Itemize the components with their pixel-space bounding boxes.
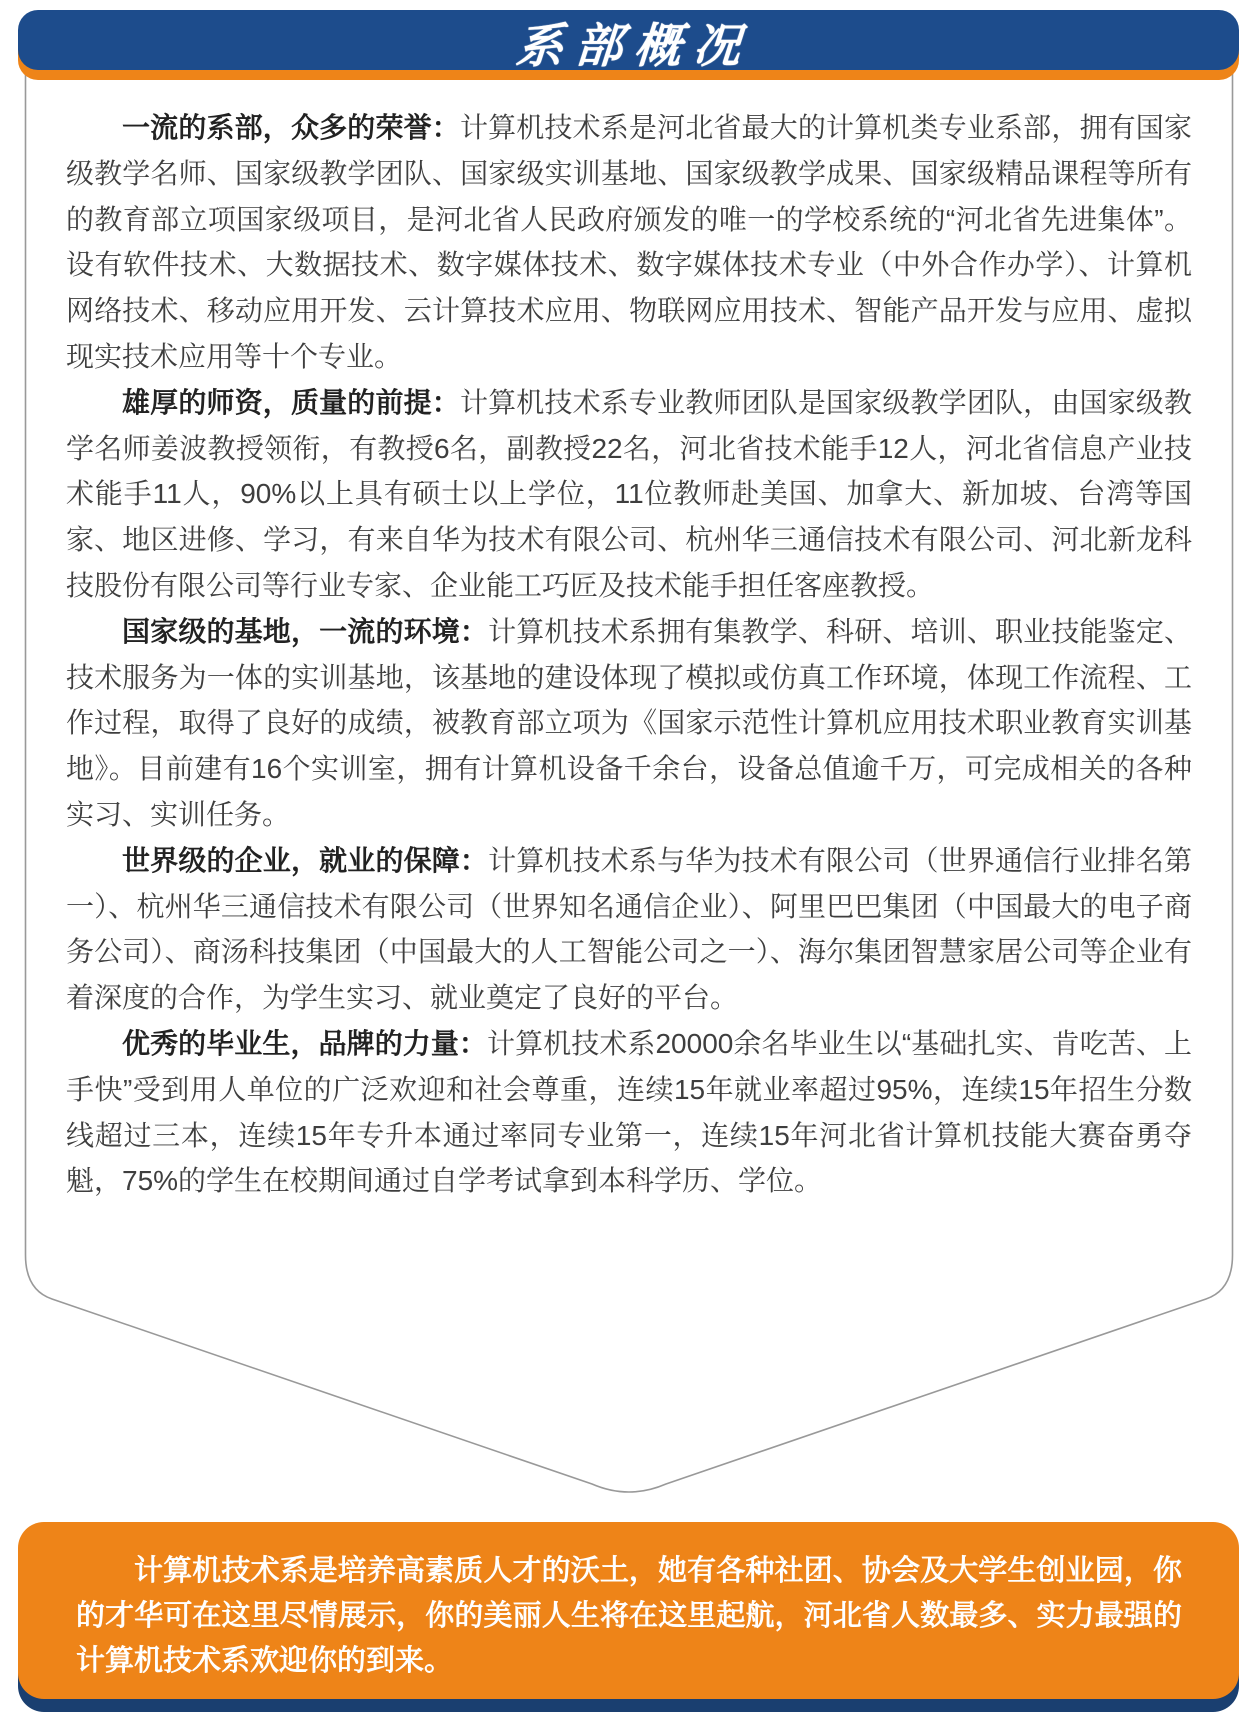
content-panel: 一流的系部，众多的荣誉：计算机技术系是河北省最大的计算机类专业系部，拥有国家级教… bbox=[66, 105, 1192, 1204]
paragraph-lead: 雄厚的师资，质量的前提： bbox=[122, 387, 460, 418]
paragraph-body: 计算机技术系专业教师团队是国家级教学团队，由国家级教学名师姜波教授领衔，有教授6… bbox=[66, 387, 1192, 601]
footer-welcome-text: 计算机技术系是培养高素质人才的沃土，她有各种社团、协会及大学生创业园，你的才华可… bbox=[76, 1549, 1182, 1684]
paragraph-honors: 一流的系部，众多的荣誉：计算机技术系是河北省最大的计算机类专业系部，拥有国家级教… bbox=[66, 105, 1192, 380]
paragraph-facilities: 国家级的基地，一流的环境：计算机技术系拥有集教学、科研、培训、职业技能鉴定、技术… bbox=[66, 609, 1192, 838]
paragraph-enterprises: 世界级的企业，就业的保障：计算机技术系与华为技术有限公司（世界通信行业排名第一）… bbox=[66, 838, 1192, 1021]
paragraph-body: 计算机技术系是河北省最大的计算机类专业系部，拥有国家级教学名师、国家级教学团队、… bbox=[66, 112, 1192, 372]
paragraph-graduates: 优秀的毕业生，品牌的力量：计算机技术系20000余名毕业生以“基础扎实、肯吃苦、… bbox=[66, 1021, 1192, 1204]
paragraph-lead: 国家级的基地，一流的环境： bbox=[122, 616, 488, 647]
paragraph-lead: 一流的系部，众多的荣誉： bbox=[122, 112, 460, 143]
paragraph-faculty: 雄厚的师资，质量的前提：计算机技术系专业教师团队是国家级教学团队，由国家级教学名… bbox=[66, 380, 1192, 609]
paragraph-body: 计算机技术系拥有集教学、科研、培训、职业技能鉴定、技术服务为一体的实训基地，该基… bbox=[66, 616, 1192, 830]
brochure-page: 系部概况 一流的系部，众多的荣誉：计算机技术系是河北省最大的计算机类专业系部，拥… bbox=[0, 0, 1257, 1721]
paragraph-lead: 优秀的毕业生，品牌的力量： bbox=[122, 1028, 487, 1059]
paragraph-lead: 世界级的企业，就业的保障： bbox=[122, 845, 488, 876]
page-title: 系部概况 bbox=[0, 13, 1257, 71]
